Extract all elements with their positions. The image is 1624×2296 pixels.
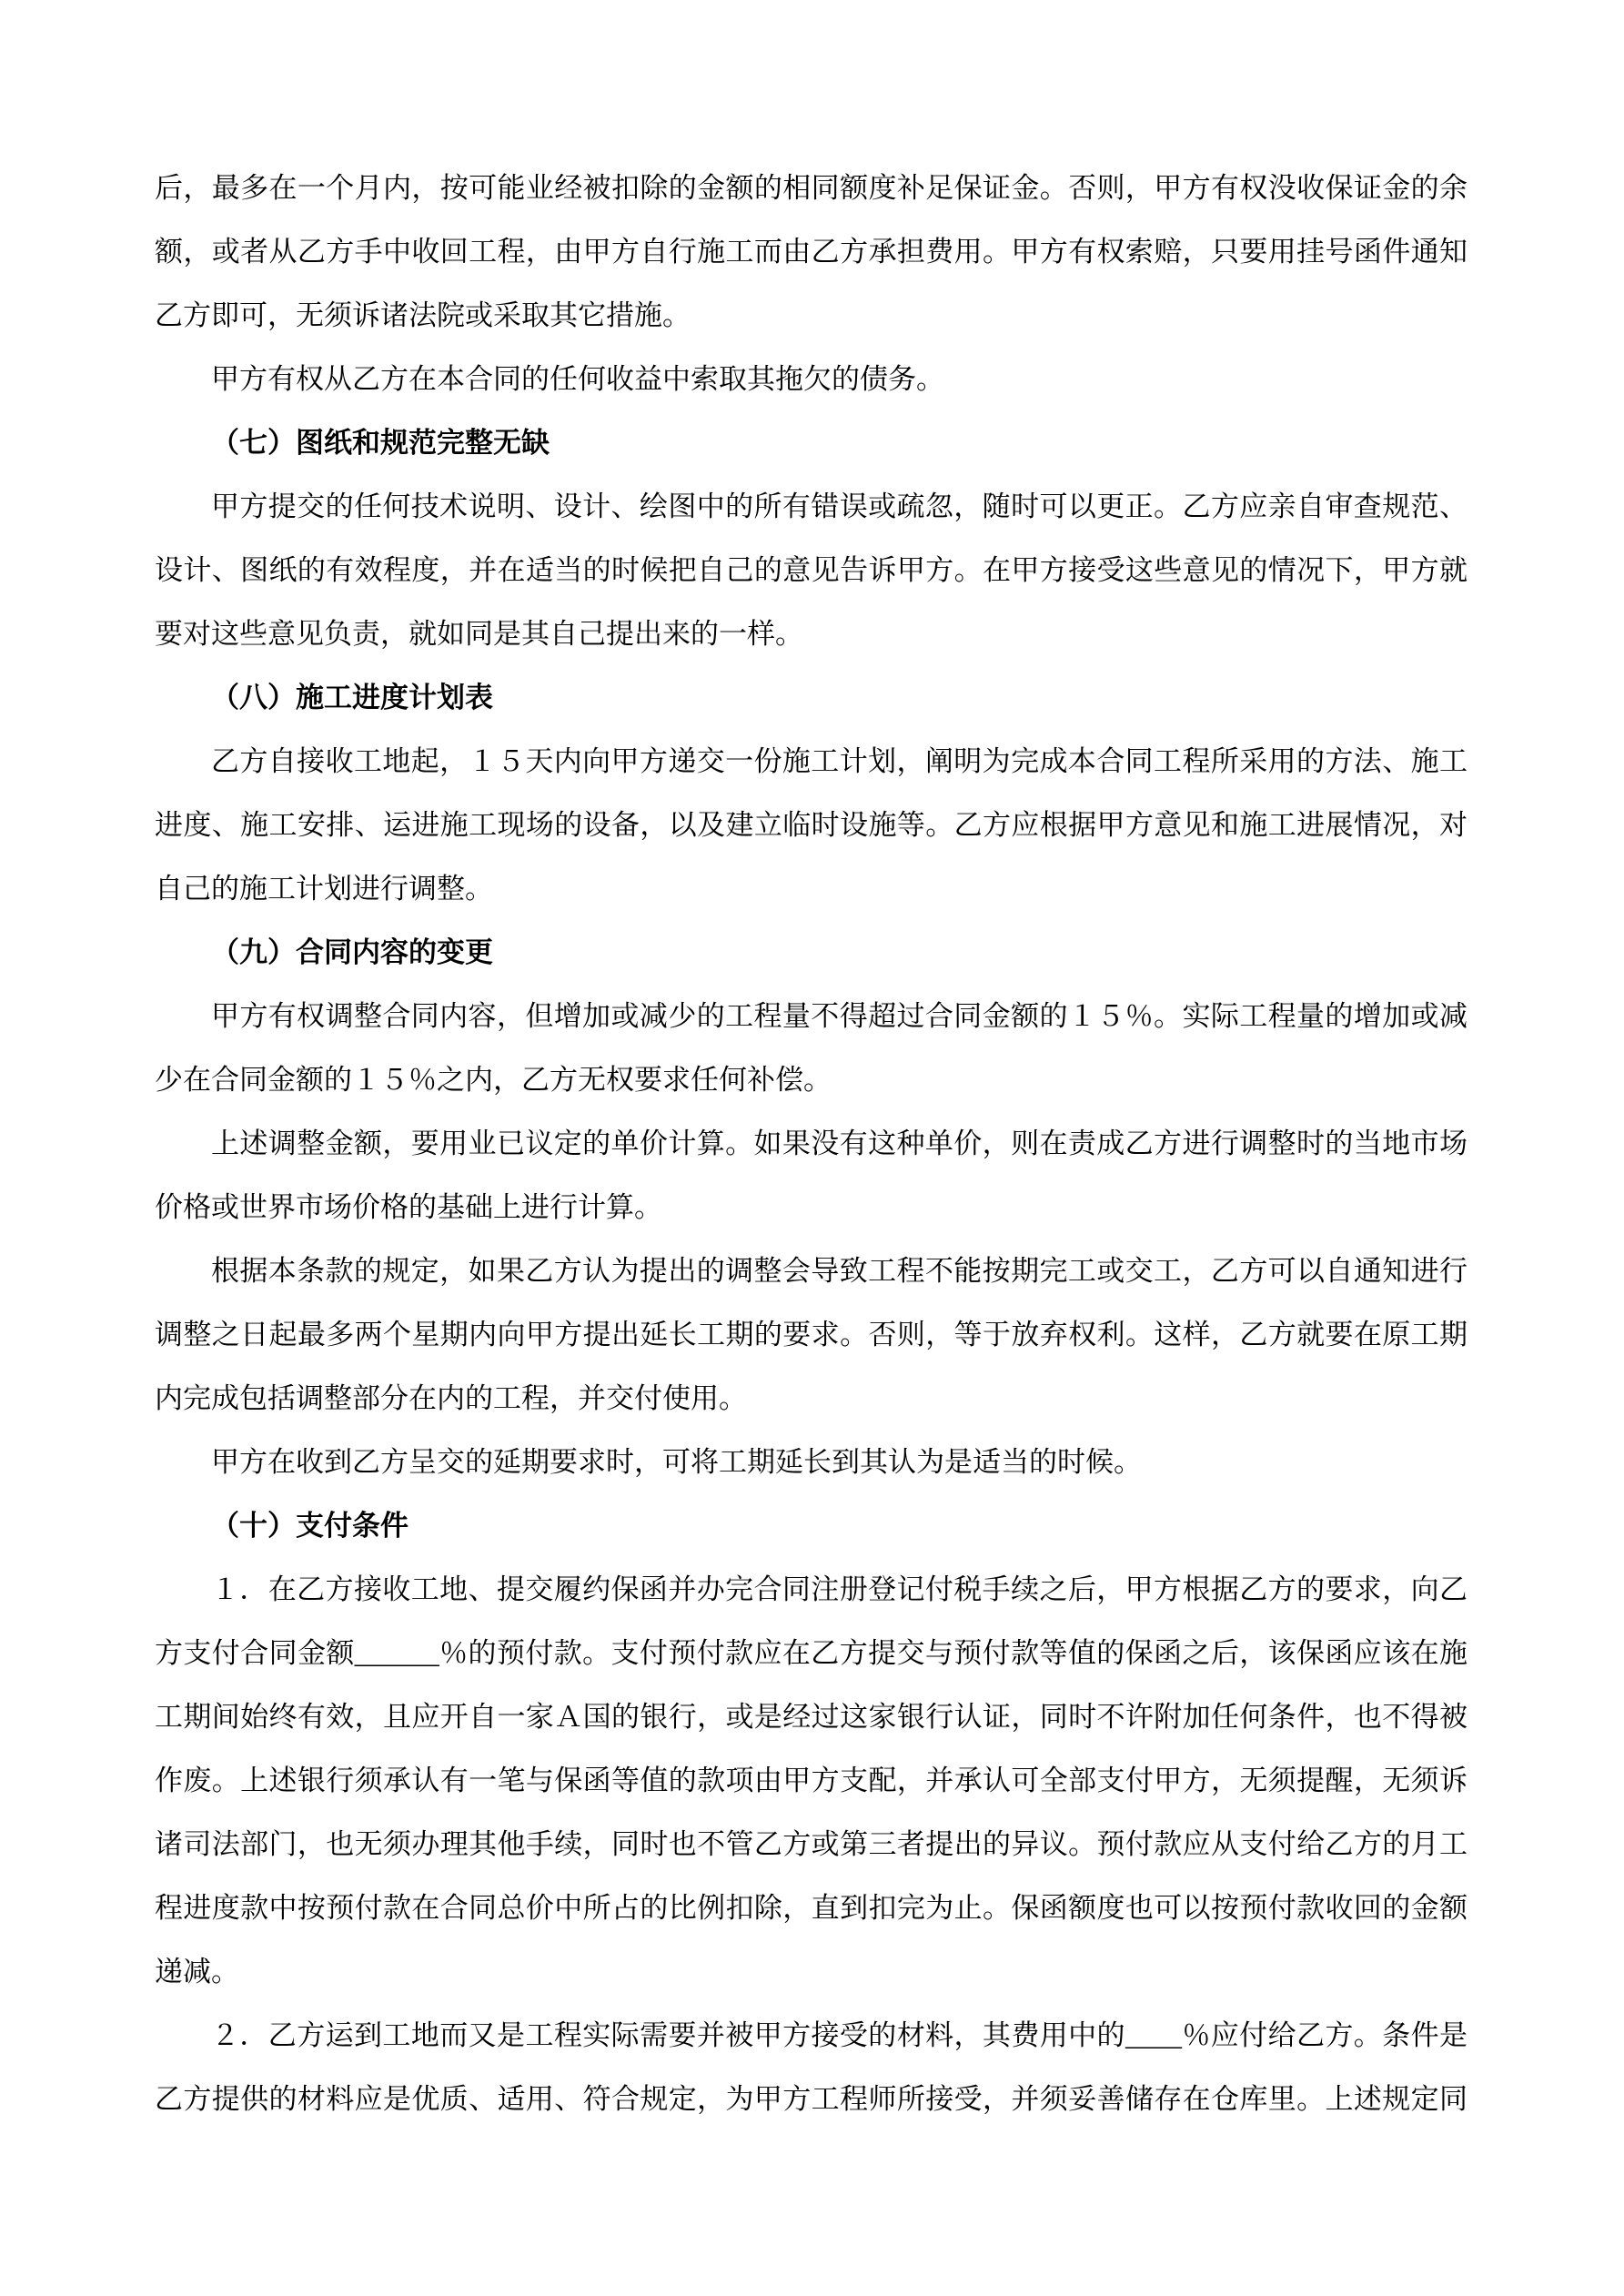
text-line: 甲方在收到乙方呈交的延期要求时，可将工期延长到其认为是适当的时候。 bbox=[155, 1431, 1468, 1494]
section-heading: （七）图纸和规范完整无缺 bbox=[155, 411, 1468, 475]
text-line: 甲方有权从乙方在本合同的任何收益中索取其拖欠的债务。 bbox=[155, 348, 1468, 411]
text-line: 甲方有权调整合同内容，但增加或减少的工程量不得超过合同金额的１５％。实际工程量的… bbox=[155, 985, 1468, 1048]
text-line: 程进度款中按预付款在合同总价中所占的比例扣除，直到扣完为止。保函额度也可以按预付… bbox=[155, 1876, 1468, 1940]
text-line: 甲方提交的任何技术说明、设计、绘图中的所有错误或疏忽，随时可以更正。乙方应亲自审… bbox=[155, 475, 1468, 539]
text-line: １．在乙方接收工地、提交履约保函并办完合同注册登记付税手续之后，甲方根据乙方的要… bbox=[155, 1558, 1468, 1622]
text-line: 内完成包括调整部分在内的工程，并交付使用。 bbox=[155, 1367, 1468, 1431]
section-heading: （九）合同内容的变更 bbox=[155, 921, 1468, 985]
text-line: 进度、施工安排、运进施工现场的设备，以及建立临时设施等。乙方应根据甲方意见和施工… bbox=[155, 794, 1468, 857]
document-page: 后，最多在一个月内，按可能业经被扣除的金额的相同额度补足保证金。否则，甲方有权没… bbox=[0, 0, 1624, 2296]
text-line: 递减。 bbox=[155, 1940, 1468, 2004]
text-line: 诸司法部门，也无须办理其他手续，同时也不管乙方或第三者提出的异议。预付款应从支付… bbox=[155, 1813, 1468, 1876]
text-line: 上述调整金额，要用业已议定的单价计算。如果没有这种单价，则在责成乙方进行调整时的… bbox=[155, 1112, 1468, 1176]
text-line: 乙方提供的材料应是优质、适用、符合规定，为甲方工程师所接受，并须妥善储存在仓库里… bbox=[155, 2068, 1468, 2131]
section-heading: （八）施工进度计划表 bbox=[155, 666, 1468, 730]
text-line: 作废。上述银行须承认有一笔与保函等值的款项由甲方支配，并承认可全部支付甲方，无须… bbox=[155, 1749, 1468, 1813]
text-line: 乙方自接收工地起，１５天内向甲方递交一份施工计划，阐明为完成本合同工程所采用的方… bbox=[155, 730, 1468, 794]
text-line: 额，或者从乙方手中收回工程，由甲方自行施工而由乙方承担费用。甲方有权索赔，只要用… bbox=[155, 220, 1468, 284]
text-line: 少在合同金额的１５％之内，乙方无权要求任何补偿。 bbox=[155, 1048, 1468, 1112]
document-body: 后，最多在一个月内，按可能业经被扣除的金额的相同额度补足保证金。否则，甲方有权没… bbox=[155, 157, 1468, 2131]
text-line: 工期间始终有效，且应开自一家Ａ国的银行，或是经过这家银行认证，同时不许附加任何条… bbox=[155, 1685, 1468, 1749]
section-heading: （十）支付条件 bbox=[155, 1494, 1468, 1558]
text-line: 根据本条款的规定，如果乙方认为提出的调整会导致工程不能按期完工或交工，乙方可以自… bbox=[155, 1239, 1468, 1303]
text-line: 价格或世界市场价格的基础上进行计算。 bbox=[155, 1176, 1468, 1239]
text-line: 设计、图纸的有效程度，并在适当的时候把自己的意见告诉甲方。在甲方接受这些意见的情… bbox=[155, 539, 1468, 602]
text-line: ２．乙方运到工地而又是工程实际需要并被甲方接受的材料，其费用中的____％应付给… bbox=[155, 2004, 1468, 2068]
text-line: 方支付合同金额______％的预付款。支付预付款应在乙方提交与预付款等值的保函之… bbox=[155, 1622, 1468, 1685]
text-line: 自己的施工计划进行调整。 bbox=[155, 857, 1468, 921]
text-line: 乙方即可，无须诉诸法院或采取其它措施。 bbox=[155, 284, 1468, 348]
text-line: 后，最多在一个月内，按可能业经被扣除的金额的相同额度补足保证金。否则，甲方有权没… bbox=[155, 157, 1468, 220]
text-line: 调整之日起最多两个星期内向甲方提出延长工期的要求。否则，等于放弃权利。这样，乙方… bbox=[155, 1303, 1468, 1367]
text-line: 要对这些意见负责，就如同是其自己提出来的一样。 bbox=[155, 602, 1468, 666]
